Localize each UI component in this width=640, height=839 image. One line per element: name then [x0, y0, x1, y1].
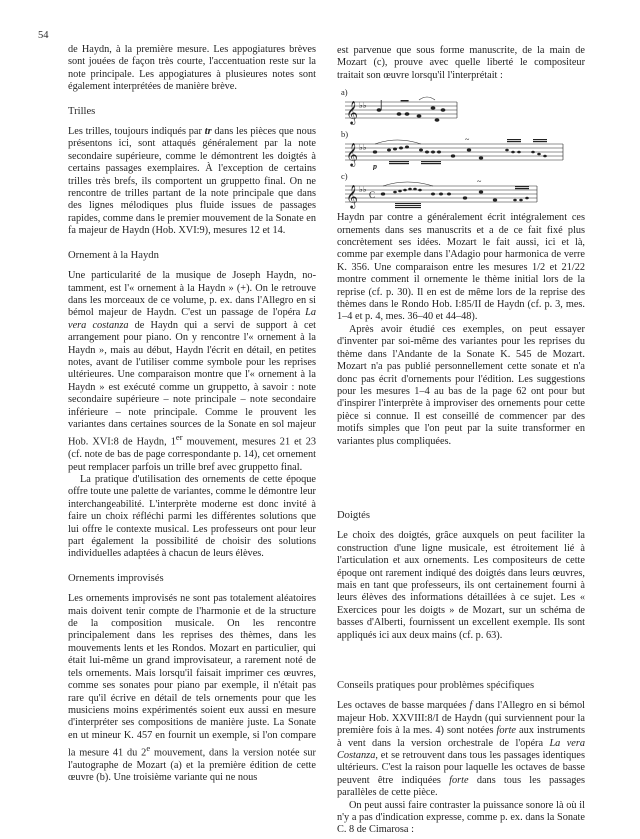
music-example-a: a) 𝄞 ♭♭ [337, 86, 585, 128]
svg-text:C: C [369, 190, 375, 200]
doigtes-paragraph: Le choix des doigtés, grâce auxquels on … [337, 530, 585, 642]
staff-c-icon: 𝄞 ♭♭ C ~ [337, 178, 585, 212]
svg-text:♭♭: ♭♭ [359, 185, 367, 194]
music-example-b: b) 𝄞 ♭♭ [337, 128, 585, 170]
left-column: de Haydn, à la première mesure. Les appo… [68, 44, 316, 785]
apres-exemples-paragraph: Après avoir étudié ces exemples, on peut… [337, 324, 585, 448]
trilles-paragraph: Les trilles, toujours indiqués par tr da… [68, 126, 316, 238]
haydn-manuscripts-paragraph: Haydn par contre a généralement écrit in… [337, 212, 585, 324]
conseils-paragraph-2: On peut aussi faire contraster la puissa… [337, 800, 585, 837]
right-column: est parvenue que sous forme manuscrite, … [337, 45, 585, 837]
staff-a-icon: 𝄞 ♭♭ [337, 94, 585, 128]
svg-text:~: ~ [477, 178, 482, 186]
ornement-haydn-paragraph-1: Une particularité de la musique de Josep… [68, 270, 316, 474]
music-example-c: c) 𝄞 ♭♭ C [337, 170, 585, 212]
svg-text:~: ~ [465, 136, 470, 144]
svg-text:♭♭: ♭♭ [359, 101, 367, 110]
section-heading-ornements-improvises: Ornements improvisés [68, 573, 316, 585]
svg-text:♭♭: ♭♭ [359, 143, 367, 152]
staff-b-icon: 𝄞 ♭♭ p ~ [337, 136, 585, 170]
right-intro-paragraph: est parvenue que sous forme manuscrite, … [337, 45, 585, 82]
conseils-paragraph-1: Les octaves de basse marquées f dans l'A… [337, 700, 585, 799]
svg-text:𝄞: 𝄞 [346, 102, 358, 125]
section-heading-conseils: Conseils pratiques pour problèmes spécif… [337, 680, 585, 692]
page-number: 54 [38, 30, 49, 41]
section-heading-doigtes: Doigtés [337, 510, 585, 522]
section-heading-trilles: Trilles [68, 106, 316, 118]
svg-text:𝄞: 𝄞 [346, 144, 358, 167]
svg-text:𝄞: 𝄞 [346, 186, 358, 209]
ornements-improvises-paragraph: Les ornements improvisés ne sont pas tot… [68, 593, 316, 785]
music-examples: a) 𝄞 ♭♭ b) [337, 86, 585, 212]
intro-paragraph: de Haydn, à la première mesure. Les appo… [68, 44, 316, 94]
ornement-haydn-paragraph-2: La pratique d'utilisation des ornements … [68, 474, 316, 561]
section-heading-ornement-haydn: Ornement à la Haydn [68, 250, 316, 262]
svg-text:p: p [372, 162, 377, 170]
